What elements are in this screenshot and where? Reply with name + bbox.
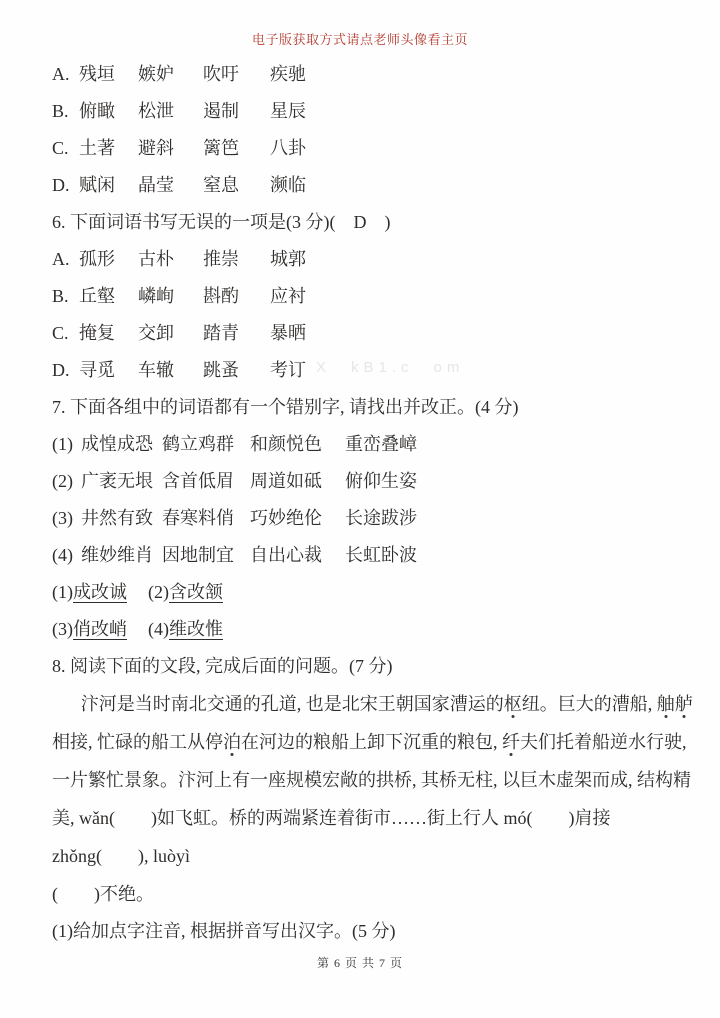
q8-passage-line: 相接, 忙碌的船工从停泊在河边的粮船上卸下沉重的粮包, 纤夫们托着船逆水行驶, xyxy=(52,723,692,761)
idiom: 广袤无垠 xyxy=(81,463,162,500)
q7-group-3: (3) 井然有致 春寒料俏 巧妙绝伦 长途跋涉 xyxy=(52,500,692,537)
idiom: 鹤立鸡群 xyxy=(162,426,250,463)
option-word: 跳蚤 xyxy=(203,352,270,389)
option-word: 避斜 xyxy=(138,130,203,167)
idiom: 重峦叠嶂 xyxy=(345,426,417,463)
q5-option-row-d: D. 赋闲 晶莹 窒息 濒临 xyxy=(52,167,692,204)
idiom: 成惶成恐 xyxy=(81,426,162,463)
option-word: 车辙 xyxy=(138,352,203,389)
option-word: 窒息 xyxy=(203,167,270,204)
site-watermark: X kB1.c om xyxy=(316,356,464,377)
answer-unit: (4)维改惟 xyxy=(148,611,223,648)
option-word: 濒临 xyxy=(270,167,306,204)
q7-title: 7. 下面各组中的词语都有一个错别字, 请找出并改正。(4 分) xyxy=(52,389,692,426)
option-word: 俯瞰 xyxy=(79,93,138,130)
option-word: 孤形 xyxy=(79,241,138,278)
answer-label: (4) xyxy=(148,619,169,639)
option-label: A. xyxy=(52,56,79,93)
idiom: 巧妙绝伦 xyxy=(250,500,345,537)
option-word: 晶莹 xyxy=(138,167,203,204)
option-word: 古朴 xyxy=(138,241,203,278)
q8-title: 8. 阅读下面的文段, 完成后面的问题。(7 分) xyxy=(52,648,692,685)
emphasized-char: 枢 xyxy=(504,694,522,714)
option-word: 赋闲 xyxy=(79,167,138,204)
idiom: 春寒料俏 xyxy=(162,500,250,537)
answer-text: 成改诚 xyxy=(73,582,127,602)
option-word: 掩复 xyxy=(79,315,138,352)
q8-passage-line: 一片繁忙景象。汴河上有一座规模宏敞的拱桥, 其桥无柱, 以巨木虚架而成, 结构精 xyxy=(52,761,692,799)
option-word: 交卸 xyxy=(138,315,203,352)
option-word: 嫉妒 xyxy=(138,56,203,93)
option-word: 踏青 xyxy=(203,315,270,352)
option-label: C. xyxy=(52,130,79,167)
q6-option-row-c: C. 掩复 交卸 踏青 暴晒 xyxy=(52,315,692,352)
option-word: 嶙峋 xyxy=(138,278,203,315)
q5-option-row-b: B. 俯瞰 松泄 遏制 星辰 xyxy=(52,93,692,130)
option-word: 暴晒 xyxy=(270,315,306,352)
q7-answer-line-1: (1)成改诚 (2)含改颔 xyxy=(52,574,692,611)
q6-option-row-a: A. 孤形 古朴 推崇 城郭 xyxy=(52,241,692,278)
idiom: 含首低眉 xyxy=(162,463,250,500)
answer-unit: (2)含改颔 xyxy=(148,574,223,611)
option-word: 推崇 xyxy=(203,241,270,278)
option-word: 城郭 xyxy=(270,241,306,278)
option-label: C. xyxy=(52,315,79,352)
q8-passage-line: 汴河是当时南北交通的孔道, 也是北宋王朝国家漕运的枢纽。巨大的漕船, 舳舻 xyxy=(52,685,692,723)
idiom: 因地制宜 xyxy=(162,537,250,574)
idiom: 周道如砥 xyxy=(250,463,345,500)
idiom: 维妙维肖 xyxy=(81,537,162,574)
option-word: 吹吁 xyxy=(203,56,270,93)
test-paper-page: 电子版获取方式请点老师头像看主页 A. 残垣 嫉妒 吹吁 疾驰 B. 俯瞰 松泄… xyxy=(0,0,720,1018)
answer-unit: (3)俏改峭 xyxy=(52,611,148,648)
option-word: 遏制 xyxy=(203,93,270,130)
group-label: (1) xyxy=(52,426,81,463)
q7-group-1: (1) 成惶成恐 鹤立鸡群 和颜悦色 重峦叠嶂 xyxy=(52,426,692,463)
answer-label: (2) xyxy=(148,582,169,602)
option-label: B. xyxy=(52,93,79,130)
option-word: 篱笆 xyxy=(203,130,270,167)
group-label: (2) xyxy=(52,463,81,500)
idiom: 长途跋涉 xyxy=(345,500,417,537)
q7-group-4: (4) 维妙维肖 因地制宜 自出心裁 长虹卧波 xyxy=(52,537,692,574)
idiom: 井然有致 xyxy=(81,500,162,537)
option-word: 斟酌 xyxy=(203,278,270,315)
option-label: D. xyxy=(52,167,79,204)
idiom: 俯仰生姿 xyxy=(345,463,417,500)
q6-title: 6. 下面词语书写无误的一项是(3 分)( D ) xyxy=(52,204,692,241)
q8-subquestion-1: (1)给加点字注音, 根据拼音写出汉字。(5 分) xyxy=(52,913,692,950)
option-label: A. xyxy=(52,241,79,278)
option-word: 疾驰 xyxy=(270,56,306,93)
option-label: B. xyxy=(52,278,79,315)
answer-label: (3) xyxy=(52,619,73,639)
q7-answer-line-2: (3)俏改峭 (4)维改惟 xyxy=(52,611,692,648)
option-word: 考订 xyxy=(270,352,306,389)
edition-notice: 电子版获取方式请点老师头像看主页 xyxy=(0,0,720,48)
q6-option-row-b: B. 丘壑 嶙峋 斟酌 应衬 xyxy=(52,278,692,315)
q5-option-row-c: C. 土著 避斜 篱笆 八卦 xyxy=(52,130,692,167)
answer-unit: (1)成改诚 xyxy=(52,574,148,611)
option-word: 松泄 xyxy=(138,93,203,130)
page-content: A. 残垣 嫉妒 吹吁 疾驰 B. 俯瞰 松泄 遏制 星辰 C. 土著 避斜 篱… xyxy=(0,48,720,950)
option-word: 星辰 xyxy=(270,93,306,130)
idiom: 长虹卧波 xyxy=(345,537,417,574)
emphasized-char: 舳 xyxy=(657,694,675,714)
option-word: 残垣 xyxy=(79,56,138,93)
q7-group-2: (2) 广袤无垠 含首低眉 周道如砥 俯仰生姿 xyxy=(52,463,692,500)
page-number-footer: 第 6 页 共 7 页 xyxy=(0,954,720,971)
q8-passage-line: ( )不绝。 xyxy=(52,875,692,913)
option-word: 八卦 xyxy=(270,130,306,167)
q5-option-row-a: A. 残垣 嫉妒 吹吁 疾驰 xyxy=(52,56,692,93)
option-word: 寻觅 xyxy=(79,352,138,389)
emphasized-char: 泊 xyxy=(223,732,241,752)
emphasized-char: 舻 xyxy=(675,694,693,714)
option-word: 土著 xyxy=(79,130,138,167)
idiom: 和颜悦色 xyxy=(250,426,345,463)
q8-passage-line: 美, wǎn( )如飞虹。桥的两端紧连着街市……街上行人 mó( )肩接 xyxy=(52,799,692,837)
q8-passage-line: zhǒng( ), luòyì xyxy=(52,837,692,875)
answer-text: 俏改峭 xyxy=(73,619,127,639)
emphasized-char: 纤 xyxy=(502,732,520,752)
answer-text: 含改颔 xyxy=(169,582,223,602)
option-word: 丘壑 xyxy=(79,278,138,315)
option-word: 应衬 xyxy=(270,278,306,315)
answer-text: 维改惟 xyxy=(169,619,223,639)
group-label: (3) xyxy=(52,500,81,537)
option-label: D. xyxy=(52,352,79,389)
group-label: (4) xyxy=(52,537,81,574)
idiom: 自出心裁 xyxy=(250,537,345,574)
answer-label: (1) xyxy=(52,582,73,602)
